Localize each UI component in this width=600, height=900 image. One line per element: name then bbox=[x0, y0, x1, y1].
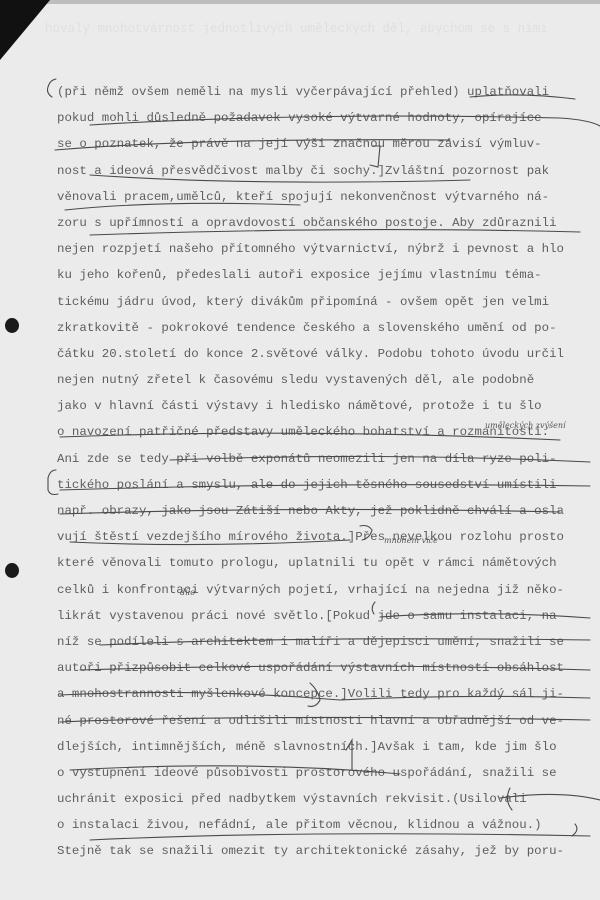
bleed-through-text: hovaly mnohotvárnost jednotlivých umělec… bbox=[45, 22, 565, 36]
text-line: (při němž ovšem neměli na mysli vyčerpáv… bbox=[57, 79, 600, 105]
text-line: o vystupnění ideové působivosti prostoro… bbox=[57, 760, 600, 786]
text-line: věnovali pracem,umělců, kteří spojují ne… bbox=[57, 184, 600, 210]
text-line: autoři přizpůsobit celkové uspořádání vý… bbox=[57, 655, 600, 681]
text-line: čátku 20.století do konce 2.světové válk… bbox=[57, 341, 600, 367]
punch-hole-icon bbox=[5, 318, 19, 333]
text-line: dlejších, intimnějších, méně slavnostníc… bbox=[57, 734, 600, 760]
text-line: např. obrazy, jako jsou Zátiší nebo Akty… bbox=[57, 498, 600, 524]
scan-corner-shadow bbox=[0, 0, 50, 60]
text-line: uchránit exposici před nadbytkem výstavn… bbox=[57, 786, 600, 812]
text-line: Ani zde se tedy při volbě exponátů neome… bbox=[57, 446, 600, 472]
text-line: nejen rozpjetí našeho přítomného výtvarn… bbox=[57, 236, 600, 262]
text-line: Stejně tak se snažili omezit ty architek… bbox=[57, 838, 600, 864]
text-line: vují štěstí vezdejšího mírového života.]… bbox=[57, 524, 600, 550]
text-line: celků i konfrontaci výtvarných pojetí, v… bbox=[57, 577, 600, 603]
text-line: ku jeho kořenů, předeslali autoři exposi… bbox=[57, 262, 600, 288]
text-line: níž se podíleli s architektem i malíři a… bbox=[57, 629, 600, 655]
typewritten-body: (při němž ovšem neměli na mysli vyčerpáv… bbox=[57, 79, 600, 865]
text-line: tickému jádru úvod, který divákům připom… bbox=[57, 289, 600, 315]
text-line: jako v hlavní části výstavy i hledisko n… bbox=[57, 393, 600, 419]
text-line: zkratkovitě - pokrokové tendence českého… bbox=[57, 315, 600, 341]
document-page: hovaly mnohotvárnost jednotlivých umělec… bbox=[0, 0, 600, 900]
text-line: se o poznatek, že právě na její výši zna… bbox=[57, 131, 600, 157]
text-line: tického poslání a smyslu, ale do jejich … bbox=[57, 472, 600, 498]
text-line: zoru s upřímností a opravdovostí občansk… bbox=[57, 210, 600, 236]
text-line: o instalaci živou, nefádní, ale přitom v… bbox=[57, 812, 600, 838]
text-line: nost a ideová přesvědčivost malby či soc… bbox=[57, 158, 600, 184]
text-line: které věnovali tomuto prologu, uplatnili… bbox=[57, 550, 600, 576]
text-line: a mnohostrannosti myšlenkové koncepce.]V… bbox=[57, 681, 600, 707]
text-line: pokud mohli důsledně požadavek vysoké vý… bbox=[57, 105, 600, 131]
scan-edge bbox=[0, 0, 600, 4]
text-line: likrát vystavenou práci nové světlo.[Pok… bbox=[57, 603, 600, 629]
punch-hole-icon bbox=[5, 563, 19, 578]
text-line: né prostorové řešení a odlišili místnost… bbox=[57, 708, 600, 734]
handwritten-annotation: mnohem více bbox=[384, 536, 438, 545]
handwritten-annotation: dílo bbox=[180, 588, 195, 597]
handwritten-annotation: uměleckých zvýšení bbox=[485, 421, 566, 430]
text-line: nejen nutný zřetel k časovému sledu vyst… bbox=[57, 367, 600, 393]
